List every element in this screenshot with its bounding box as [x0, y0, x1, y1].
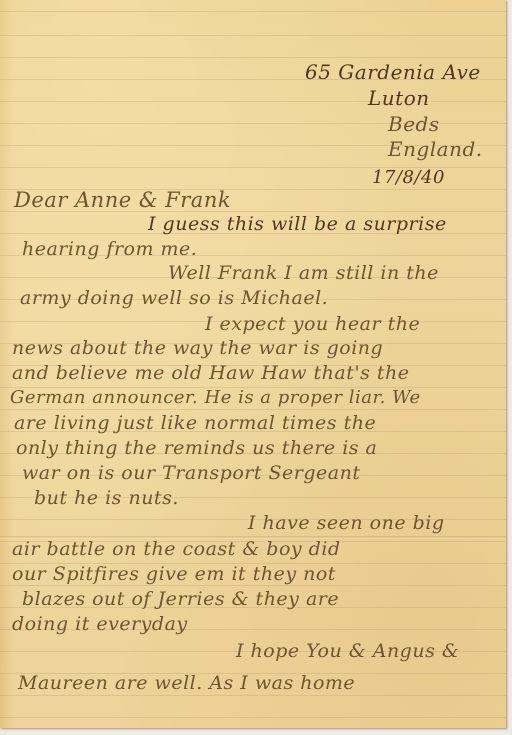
body-line: I guess this will be a surprise: [148, 213, 447, 235]
address-line-4: England.: [388, 137, 483, 161]
address-line-3: Beds: [388, 112, 440, 136]
letter-date: 17/8/40: [372, 167, 445, 188]
body-line: war on is our Transport Sergeant: [22, 462, 360, 484]
body-line: news about the way the war is going: [12, 337, 383, 359]
body-line: but he is nuts.: [34, 487, 179, 509]
body-line: and believe me old Haw Haw that's the: [12, 362, 409, 384]
body-line: I expect you hear the: [205, 313, 420, 335]
letter-page: 65 Gardenia Ave Luton Beds England. 17/8…: [0, 0, 506, 728]
body-line: hearing from me.: [22, 238, 197, 260]
body-line: I hope You & Angus &: [236, 640, 459, 662]
body-line: Maureen are well. As I was home: [18, 672, 355, 694]
salutation: Dear Anne & Frank: [14, 188, 231, 212]
body-line: Well Frank I am still in the: [168, 262, 439, 284]
body-line: I have seen one big: [248, 512, 445, 534]
body-line: doing it everyday: [12, 613, 188, 635]
body-line: army doing well so is Michael.: [20, 287, 328, 309]
body-line: are living just like normal times the: [14, 412, 376, 434]
body-line: our Spitfires give em it they not: [12, 563, 336, 585]
body-line: blazes out of Jerries & they are: [22, 588, 339, 610]
address-line-1: 65 Gardenia Ave: [305, 60, 481, 84]
body-line: only thing the reminds us there is a: [16, 437, 377, 459]
body-line: German announcer. He is a proper liar. W…: [10, 387, 421, 408]
address-line-2: Luton: [368, 86, 430, 110]
body-line: air battle on the coast & boy did: [12, 538, 341, 560]
